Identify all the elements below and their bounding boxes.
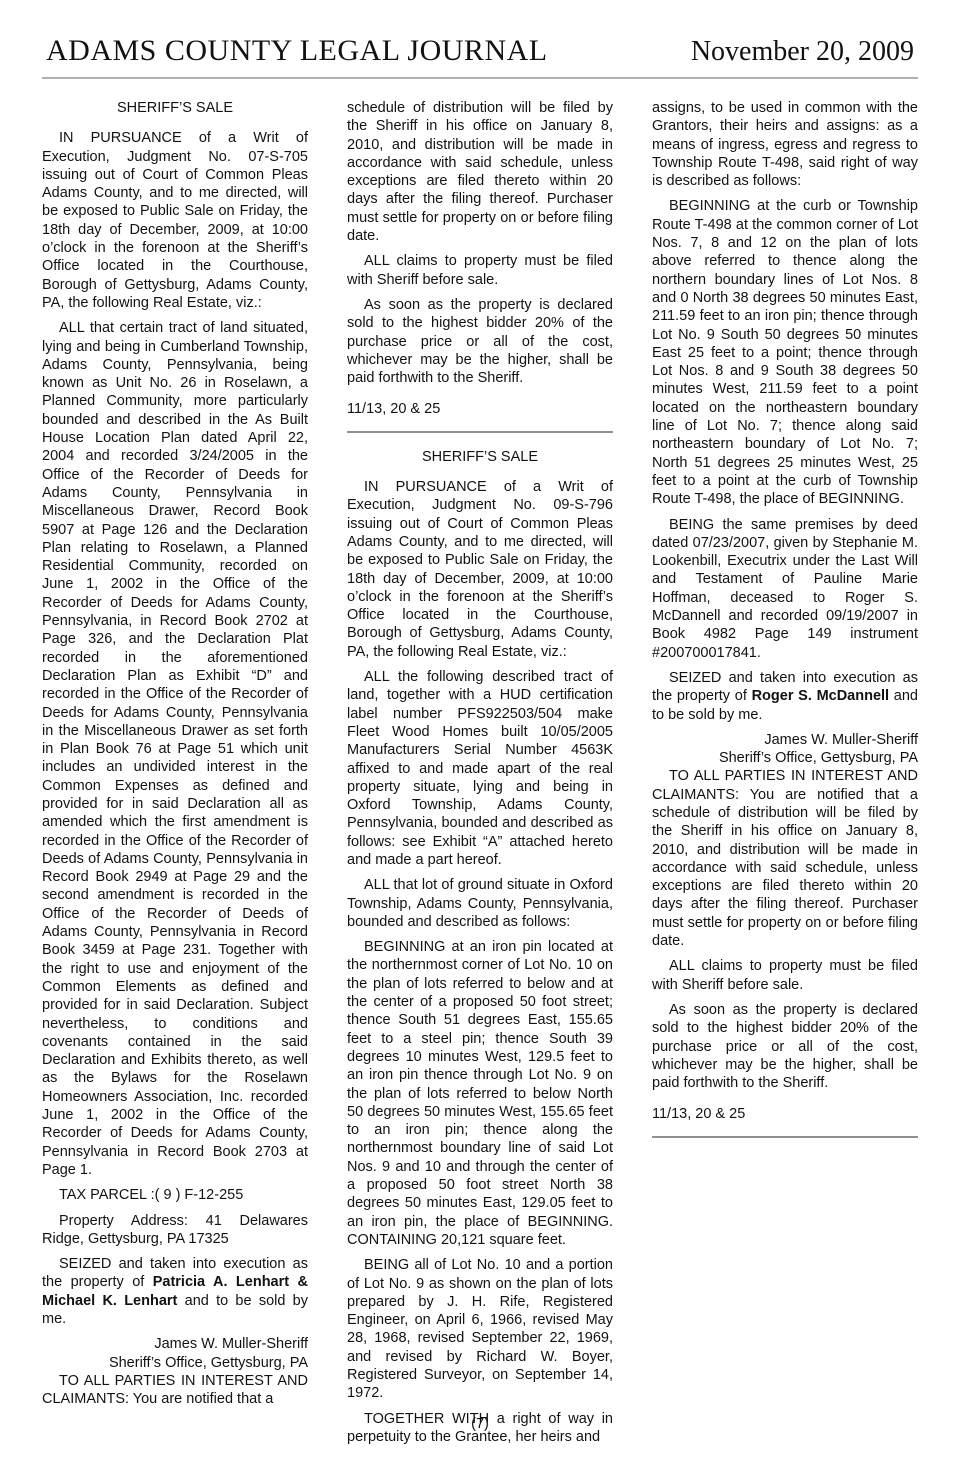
notice-paragraph: ALL that certain tract of land situated,… <box>42 319 308 1179</box>
notice-heading: SHERIFF’S SALE <box>42 99 308 117</box>
notice-columns: SHERIFF’S SALEIN PURSUANCE of a Writ of … <box>42 99 918 1453</box>
notice-divider <box>347 431 613 433</box>
notice-paragraph: TAX PARCEL :( 9 ) F-12-255 <box>42 1186 308 1204</box>
defendant-name: Roger S. McDannell <box>752 688 890 704</box>
notice-paragraph: ALL claims to property must be filed wit… <box>347 252 613 289</box>
notice-paragraph: ALL claims to property must be filed wit… <box>652 957 918 994</box>
notice-paragraph: As soon as the property is declared sold… <box>347 296 613 387</box>
notice-paragraph: BEING the same premises by deed dated 07… <box>652 516 918 662</box>
notice-paragraph: As soon as the property is declared sold… <box>652 1001 918 1092</box>
notice-paragraph: ALL that lot of ground situate in Oxford… <box>347 876 613 931</box>
masthead: ADAMS COUNTY LEGAL JOURNAL November 20, … <box>42 34 918 68</box>
notice-heading: SHERIFF’S SALE <box>347 448 613 466</box>
publication-dates: 11/13, 20 & 25 <box>347 400 613 418</box>
journal-page: ADAMS COUNTY LEGAL JOURNAL November 20, … <box>0 0 960 1453</box>
journal-title: ADAMS COUNTY LEGAL JOURNAL <box>46 34 548 68</box>
notice-paragraph: BEGINNING at the curb or Township Route … <box>652 197 918 508</box>
notice-paragraph: BEGINNING at an iron pin located at the … <box>347 938 613 1249</box>
column-1: SHERIFF’S SALEIN PURSUANCE of a Writ of … <box>42 99 308 1453</box>
notice-paragraph: SEIZED and taken into execution as the p… <box>42 1255 308 1328</box>
publication-dates: 11/13, 20 & 25 <box>652 1105 918 1123</box>
signature-line: James W. Muller-Sheriff <box>652 731 918 749</box>
notice-divider <box>652 1136 918 1138</box>
issue-date: November 20, 2009 <box>691 36 914 68</box>
notice-paragraph: Property Address: 41 Delawares Ridge, Ge… <box>42 1212 308 1249</box>
notice-paragraph: TO ALL PARTIES IN INTEREST AND CLAIMANTS… <box>652 767 918 950</box>
notice-paragraph: schedule of distribution will be filed b… <box>347 99 613 245</box>
notice-paragraph: IN PURSUANCE of a Writ of Execution, Jud… <box>42 129 308 312</box>
column-2: schedule of distribution will be filed b… <box>347 99 613 1453</box>
column-3: assigns, to be used in common with the G… <box>652 99 918 1453</box>
notice-paragraph: IN PURSUANCE of a Writ of Execution, Jud… <box>347 478 613 661</box>
notice-paragraph: BEING all of Lot No. 10 and a portion of… <box>347 1256 613 1402</box>
notice-paragraph: TO ALL PARTIES IN INTEREST AND CLAIMANTS… <box>42 1372 308 1409</box>
signature-line: Sheriff’s Office, Gettysburg, PA <box>42 1354 308 1372</box>
notice-paragraph: assigns, to be used in common with the G… <box>652 99 918 190</box>
notice-paragraph: SEIZED and taken into execution as the p… <box>652 669 918 724</box>
signature-line: James W. Muller-Sheriff <box>42 1335 308 1353</box>
notice-paragraph: ALL the following described tract of lan… <box>347 668 613 869</box>
masthead-rule <box>42 77 918 79</box>
page-number: (7) <box>0 1416 960 1432</box>
signature-line: Sheriff’s Office, Gettysburg, PA <box>652 749 918 767</box>
